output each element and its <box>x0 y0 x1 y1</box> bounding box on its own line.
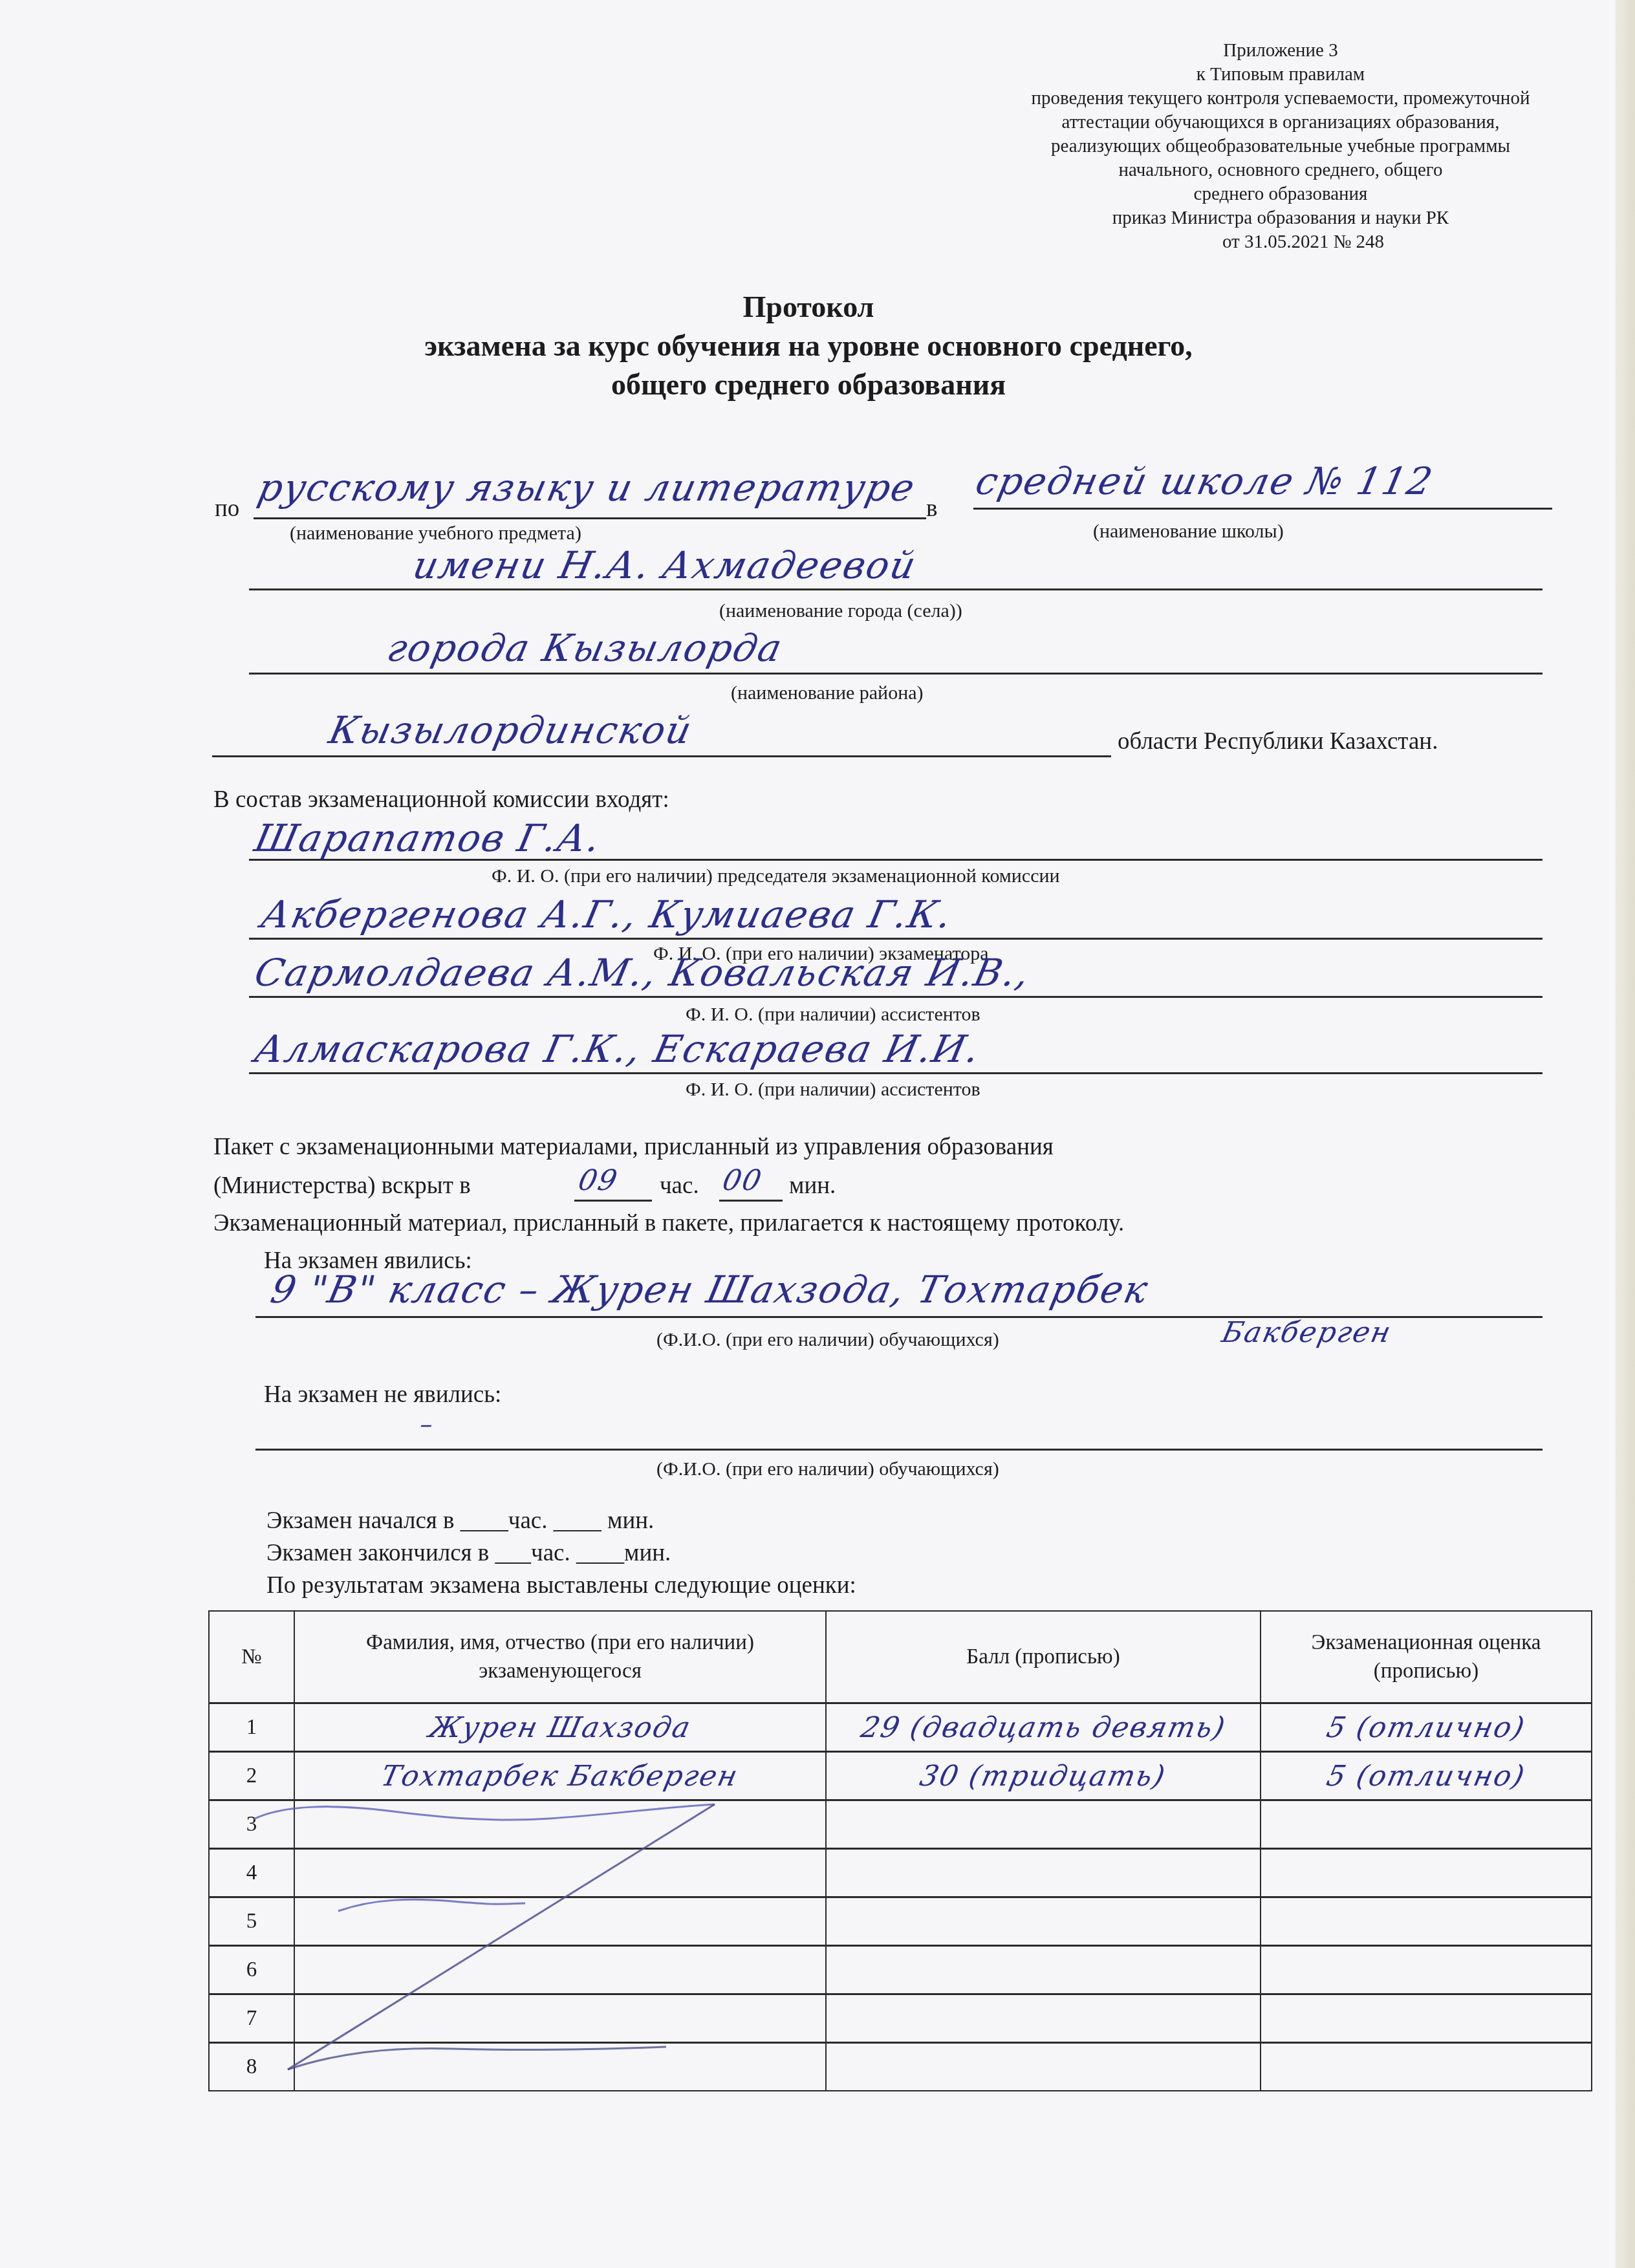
package-line-2-prefix: (Министерства) вскрыт в <box>213 1172 471 1200</box>
score-cell[interactable]: 29 (двадцать девять) <box>826 1703 1261 1752</box>
assistants-field-1[interactable]: Сармолдаева А.М., Ковальская И.В., <box>251 951 1035 995</box>
student-name-cell[interactable] <box>294 1897 826 1946</box>
exam-end-line: Экзамен закончился в ___час. ____мин. <box>266 1539 671 1567</box>
examiner-line <box>249 938 1543 940</box>
appendix-line: к Типовым правилам <box>964 63 1597 87</box>
hour-label: час. <box>660 1172 699 1200</box>
header-num: № <box>209 1611 294 1703</box>
appendix-line: приказ Министра образования и науки РК <box>964 206 1597 230</box>
row-number: 7 <box>209 1994 294 2043</box>
score-cell[interactable] <box>826 1800 1261 1849</box>
row-number: 2 <box>209 1752 294 1800</box>
title-line-1: Протокол <box>194 288 1423 327</box>
region-field[interactable]: Кызылординской <box>325 708 697 752</box>
grade-cell[interactable]: 5 (отлично) <box>1261 1703 1592 1752</box>
school-caption: (наименование школы) <box>1093 521 1284 543</box>
absent-label: На экзамен не явились: <box>264 1381 501 1409</box>
row-number: 3 <box>209 1800 294 1849</box>
assistants-field-2[interactable]: Алмаскарова Г.К., Ескараева И.И. <box>251 1027 984 1071</box>
opened-hour-field[interactable]: 09 <box>576 1164 622 1197</box>
exam-end-hour-label: час. <box>531 1540 570 1566</box>
exam-end-minute-field[interactable]: ____ <box>576 1540 624 1566</box>
grade-cell[interactable] <box>1261 1897 1592 1946</box>
table-row: 8 <box>209 2043 1592 2091</box>
title-line-2: экзамена за курс обучения на уровне осно… <box>194 327 1423 365</box>
student-name-cell[interactable] <box>294 1800 826 1849</box>
chair-field[interactable]: Шарапатов Г.А. <box>251 816 605 860</box>
student-name-cell[interactable]: Тохтарбек Бакберген <box>294 1752 826 1800</box>
grade-cell[interactable] <box>1261 2043 1592 2091</box>
table-header-row: № Фамилия, имя, отчество (при его наличи… <box>209 1611 1592 1703</box>
title-line-3: общего среднего образования <box>194 365 1423 404</box>
city-line <box>249 673 1543 675</box>
subject-prefix: по <box>215 495 239 523</box>
row-number: 1 <box>209 1703 294 1752</box>
district-caption: (наименование района) <box>731 682 924 704</box>
appendix-line: начального, основного среднего, общего <box>964 158 1597 182</box>
assistants-caption-1: Ф. И. О. (при наличии) ассистентов <box>686 1004 980 1026</box>
exam-start-prefix: Экзамен начался в <box>266 1507 455 1534</box>
grade-cell[interactable] <box>1261 1994 1592 2043</box>
score-cell[interactable]: 30 (тридцать) <box>826 1752 1261 1800</box>
results-table: № Фамилия, имя, отчество (при его наличи… <box>208 1610 1592 2091</box>
score-cell[interactable] <box>826 1849 1261 1897</box>
score-cell-value: 30 (тридцать) <box>917 1760 1169 1793</box>
appendix-line: Приложение 3 <box>964 39 1597 63</box>
appendix-line: среднего образования <box>964 182 1597 206</box>
grade-cell[interactable] <box>1261 1946 1592 1994</box>
region-suffix: области Республики Казахстан. <box>1118 728 1438 755</box>
minute-line <box>719 1200 783 1202</box>
present-students-continuation[interactable]: Бакберген <box>1219 1316 1395 1349</box>
exam-end-prefix: Экзамен закончился в <box>266 1540 489 1566</box>
subject-line <box>254 517 926 519</box>
protocol-page: Приложение 3 к Типовым правилам проведен… <box>0 0 1635 2268</box>
table-row: 6 <box>209 1946 1592 1994</box>
region-line <box>212 755 1111 757</box>
table-row: 1Журен Шахзода29 (двадцать девять)5 (отл… <box>209 1703 1592 1752</box>
table-row: 5 <box>209 1897 1592 1946</box>
city-caption: (наименование города (села)) <box>719 600 962 622</box>
absent-line <box>255 1449 1543 1451</box>
school-name-field[interactable]: имени Н.А. Ахмадеевой <box>409 543 921 587</box>
school-field[interactable]: средней школе № 112 <box>972 459 1438 503</box>
header-grade: Экзаменационная оценка (прописью) <box>1261 1611 1592 1703</box>
package-line-1: Пакет с экзаменационными материалами, пр… <box>213 1133 1054 1161</box>
subject-caption: (наименование учебного предмета) <box>290 523 581 545</box>
city-field[interactable]: города Кызылорда <box>384 626 787 670</box>
document-title: Протокол экзамена за курс обучения на ур… <box>194 288 1423 404</box>
hour-line <box>574 1200 652 1202</box>
exam-start-hour-label: час. <box>508 1507 548 1534</box>
present-caption: (Ф.И.О. (при его наличии) обучающихся) <box>656 1329 999 1351</box>
exam-start-minute-field[interactable]: ____ <box>554 1507 601 1534</box>
appendix-order-date: от 31.05.2021 № 248 <box>964 230 1597 254</box>
appendix-reference: Приложение 3 к Типовым правилам проведен… <box>964 39 1597 254</box>
chair-caption: Ф. И. О. (при его наличии) председателя … <box>492 865 1060 887</box>
header-name: Фамилия, имя, отчество (при его наличии)… <box>294 1611 826 1703</box>
row-number: 6 <box>209 1946 294 1994</box>
table-row: 7 <box>209 1994 1592 2043</box>
scan-edge <box>1616 0 1635 2268</box>
row-number: 4 <box>209 1849 294 1897</box>
examiner-field[interactable]: Акбергенова А.Г., Кумиаева Г.К. <box>257 892 957 936</box>
table-row: 4 <box>209 1849 1592 1897</box>
exam-start-hour-field[interactable]: ____ <box>460 1507 508 1534</box>
score-cell-value: 29 (двадцать девять) <box>858 1711 1229 1744</box>
opened-minute-field[interactable]: 00 <box>720 1164 766 1197</box>
score-cell[interactable] <box>826 2043 1261 2091</box>
appendix-line: проведения текущего контроля успеваемост… <box>964 87 1597 111</box>
assistants-line-2 <box>249 1072 1543 1074</box>
assistants-line-1 <box>249 996 1543 998</box>
student-name-cell[interactable] <box>294 2043 826 2091</box>
results-intro: По результатам экзамена выставлены следу… <box>266 1571 856 1599</box>
appendix-line: реализующих общеобразовательные учебные … <box>964 135 1597 158</box>
grade-cell-value: 5 (отлично) <box>1324 1760 1529 1793</box>
exam-start-line: Экзамен начался в ____час. ____ мин. <box>266 1507 654 1535</box>
table-row: 2Тохтарбек Бакберген30 (тридцать)5 (отли… <box>209 1752 1592 1800</box>
package-line-3: Экзаменационный материал, присланный в п… <box>213 1209 1124 1237</box>
student-name-cell[interactable] <box>294 1849 826 1897</box>
grade-cell[interactable]: 5 (отлично) <box>1261 1752 1592 1800</box>
student-name-cell[interactable]: Журен Шахзода <box>294 1703 826 1752</box>
minute-label: мин. <box>789 1172 836 1200</box>
row-number: 8 <box>209 2043 294 2091</box>
present-students-field[interactable]: 9 "В" класс – Журен Шахзода, Тохтарбек <box>267 1268 1153 1312</box>
student-name-cell[interactable] <box>294 1946 826 1994</box>
grade-cell-value: 5 (отлично) <box>1324 1711 1529 1744</box>
student-name-cell[interactable] <box>294 1994 826 2043</box>
row-number: 5 <box>209 1897 294 1946</box>
table-row: 3 <box>209 1800 1592 1849</box>
appendix-line: аттестации обучающихся в организациях об… <box>964 111 1597 135</box>
student-name-cell-value: Тохтарбек Бакберген <box>378 1760 742 1793</box>
exam-end-minute-label: мин. <box>624 1540 671 1566</box>
grade-cell[interactable] <box>1261 1800 1592 1849</box>
school-line <box>973 508 1552 510</box>
score-cell[interactable] <box>826 1994 1261 2043</box>
exam-end-hour-field[interactable]: ___ <box>495 1540 532 1566</box>
commission-heading: В состав экзаменационной комиссии входят… <box>213 786 669 814</box>
score-cell[interactable] <box>826 1897 1261 1946</box>
grade-cell[interactable] <box>1261 1849 1592 1897</box>
score-cell[interactable] <box>826 1946 1261 1994</box>
absent-students-field[interactable]: – <box>417 1410 437 1438</box>
in-word: в <box>926 495 937 523</box>
school-name-line <box>249 589 1543 590</box>
assistants-caption-2: Ф. И. О. (при наличии) ассистентов <box>686 1079 980 1101</box>
absent-caption: (Ф.И.О. (при его наличии) обучающихся) <box>656 1458 999 1480</box>
exam-start-minute-label: мин. <box>607 1507 654 1534</box>
subject-field[interactable]: русскому языку и литературе <box>254 466 920 510</box>
header-score: Балл (прописью) <box>826 1611 1261 1703</box>
student-name-cell-value: Журен Шахзода <box>426 1711 695 1744</box>
